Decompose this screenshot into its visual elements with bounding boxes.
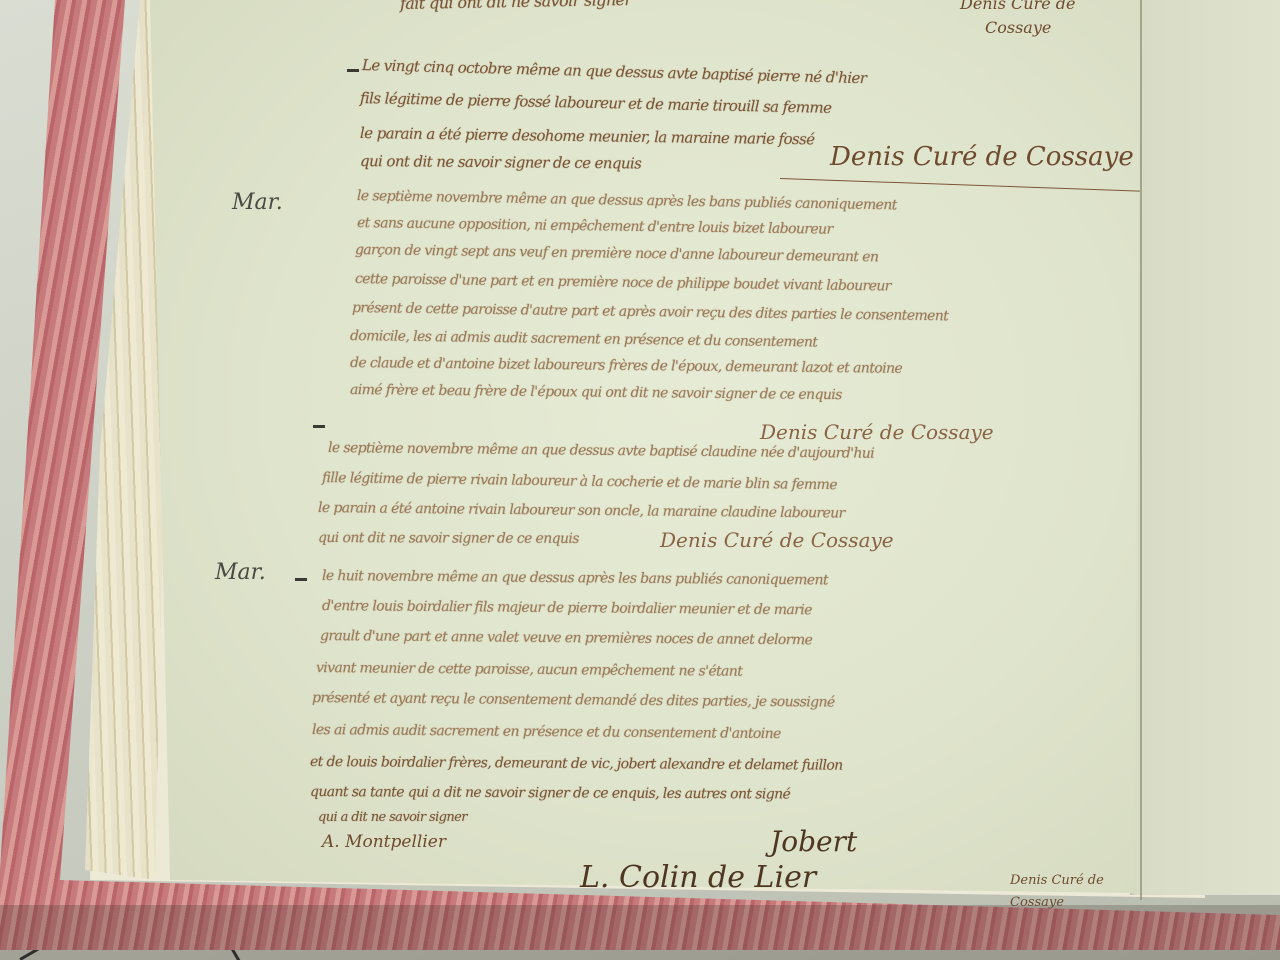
entry-line: qui ont dit ne savoir signer de ce enqui… [360, 152, 641, 172]
facing-page [1130, 0, 1280, 895]
entry-marker [347, 69, 359, 72]
witness-signature: Jobert [770, 825, 857, 858]
entry-line: quant sa tante qui a dit ne savoir signe… [310, 784, 790, 803]
top-signature-line1: Denis Curé de [960, 0, 1075, 13]
witness-signature: A. Montpellier [322, 832, 446, 852]
margin-note-mariage: Mar. [215, 560, 266, 585]
page-gutter [1140, 0, 1142, 900]
priest-signature: Denis Curé de Cossaye [1010, 870, 1130, 914]
entry-line: qui ont dit ne savoir signer de ce enqui… [318, 530, 579, 547]
priest-signature: Denis Curé de Cossaye [760, 420, 994, 444]
priest-signature: Denis Curé de Cossaye [660, 528, 894, 552]
entry-line: qui a dit ne savoir signer [318, 810, 467, 825]
entry-marker [295, 578, 307, 581]
top-signature-line2: Cossaye [985, 18, 1051, 37]
margin-note-mariage: Mar. [232, 190, 283, 215]
entry-marker [313, 425, 325, 428]
witness-signature: L. Colin de Lier [580, 860, 816, 895]
priest-signature: Denis Curé de Cossaye [830, 142, 1134, 172]
